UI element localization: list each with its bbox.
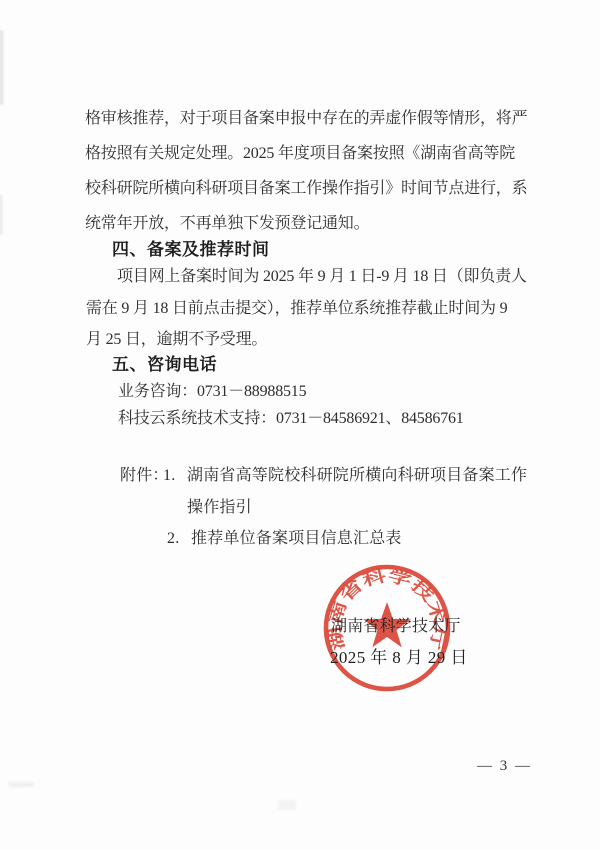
signature-date: 2025 年 8 月 29 日 <box>330 650 468 666</box>
body-line: 格按照有关规定处理。2025 年度项目备案按照《湖南省高等院 <box>85 146 515 162</box>
body-line: 需在 9 月 18 日前点击提交），推荐单位系统推荐截止时间为 9 <box>86 301 507 317</box>
attachment-item-text: 操作指引 <box>187 500 252 516</box>
phone-line-business: 业务咨询：0731－88988515 <box>118 384 306 400</box>
body-line: 项目网上备案时间为 2025 年 9 月 1 日-9 月 18 日（即负责人 <box>117 269 527 285</box>
body-line: 统常年开放，不再单独下发预登记通知。 <box>85 216 369 232</box>
attachment-item-number: 1. <box>163 468 175 484</box>
document-page: 格审核推荐，对于项目备案申报中存在的弄虚作假等情形，将严 格按照有关规定处理。2… <box>0 0 600 850</box>
page-number: — 3 — <box>477 758 532 774</box>
attachment-item-number: 2. <box>167 531 179 547</box>
section-heading-filing-time: 四、备案及推荐时间 <box>112 242 270 258</box>
body-line: 格审核推荐，对于项目备案申报中存在的弄虚作假等情形，将严 <box>85 111 527 127</box>
scan-artifact <box>0 195 2 235</box>
attachments-label: 附件： <box>120 468 169 484</box>
body-line: 月 25 日，逾期不予受理。 <box>86 332 267 348</box>
scan-artifact <box>0 30 3 105</box>
scan-artifact <box>8 782 34 787</box>
section-heading-phone: 五、咨询电话 <box>112 357 217 373</box>
attachment-item-text: 推荐单位备案项目信息汇总表 <box>191 531 402 547</box>
body-line: 校科研院所横向科研项目备案工作操作指引》时间节点进行，系 <box>85 181 527 197</box>
scan-artifact <box>278 800 296 810</box>
attachment-item-text: 湖南省高等院校科研院所横向科研项目备案工作 <box>187 468 527 484</box>
signature-issuer: 湖南省科学技术厅 <box>331 619 461 635</box>
phone-line-tech-support: 科技云系统技术支持：0731－84586921、84586761 <box>118 411 464 427</box>
